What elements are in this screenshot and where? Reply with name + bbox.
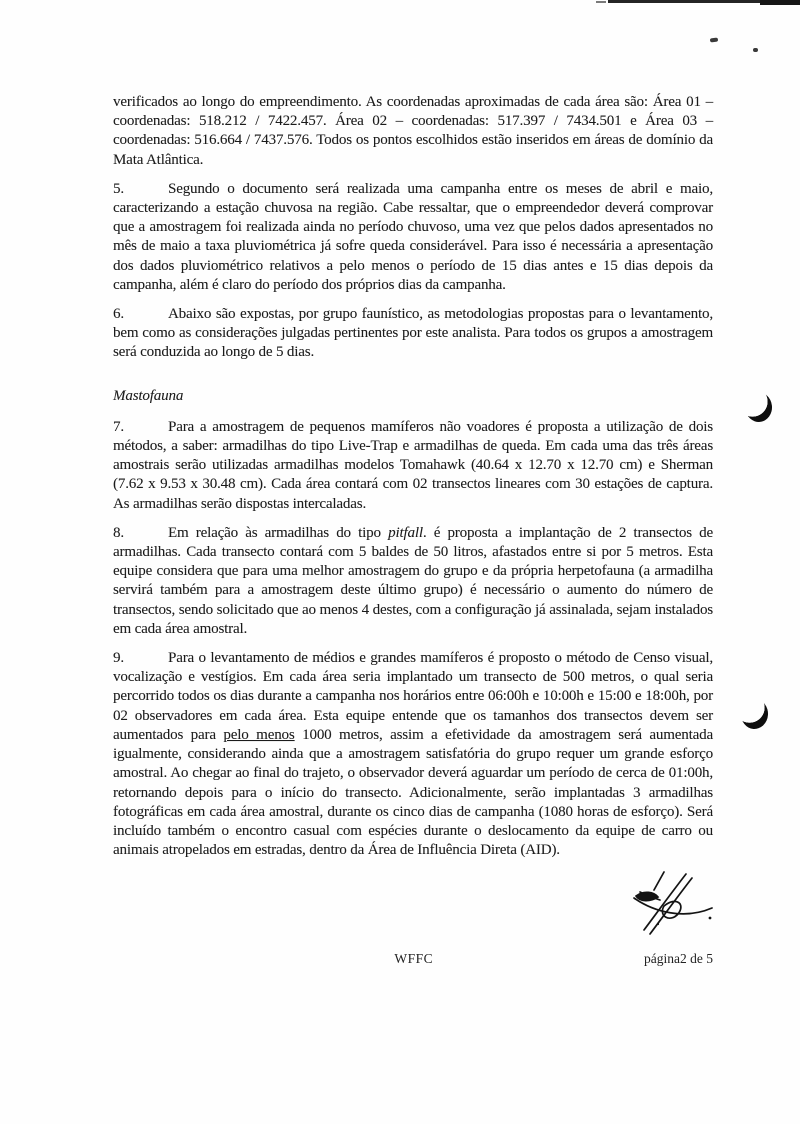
paragraph-number: 6. <box>113 305 168 324</box>
text-run: verificados ao longo do empreendimento. … <box>113 94 713 168</box>
toner-speck <box>710 37 718 42</box>
crescent-scan-mark <box>740 698 769 730</box>
handwritten-initials <box>624 866 724 944</box>
paragraph: 9.Para o levantamento de médios e grande… <box>113 649 713 860</box>
scan-edge-line-thick <box>760 0 800 5</box>
text-run: Para a amostragem de pequenos mamíferos … <box>113 419 713 512</box>
text-run: Abaixo são expostas, por grupo faunístic… <box>113 306 713 360</box>
crescent-scan-mark <box>744 391 774 424</box>
paragraph: 8.Em relação às armadilhas do tipo pitfa… <box>113 524 713 639</box>
scanned-document-page: verificados ao longo do empreendimento. … <box>0 0 800 1124</box>
toner-speck <box>753 48 758 52</box>
paragraph: 6.Abaixo são expostas, por grupo fauníst… <box>113 305 713 363</box>
text-run: pitfall <box>388 525 423 541</box>
footer-page-number: página2 de 5 <box>644 951 713 967</box>
paragraph-number: 8. <box>113 524 168 543</box>
paragraph-number: 9. <box>113 649 168 668</box>
paragraph: 7.Para a amostragem de pequenos mamífero… <box>113 418 713 514</box>
paragraph-number: 5. <box>113 180 168 199</box>
text-run: . é proposta a implantação de 2 transect… <box>113 525 713 637</box>
page-footer: WFFC página2 de 5 <box>113 951 713 971</box>
text-run: Segundo o documento será realizada uma c… <box>113 181 713 293</box>
paragraph-number: 7. <box>113 418 168 437</box>
footer-author-initials: WFFC <box>394 951 433 967</box>
document-body: verificados ao longo do empreendimento. … <box>113 93 713 860</box>
text-run: Em relação às armadilhas do tipo <box>168 525 388 541</box>
scan-edge-tick <box>596 1 606 3</box>
section-heading: Mastofauna <box>113 387 713 406</box>
text-run: 1000 metros, assim a efetividade da amos… <box>113 727 713 858</box>
text-run: pelo menos <box>223 727 294 743</box>
paragraph: 5.Segundo o documento será realizada uma… <box>113 180 713 295</box>
paragraph: verificados ao longo do empreendimento. … <box>113 93 713 170</box>
text-run: Mastofauna <box>113 388 183 404</box>
